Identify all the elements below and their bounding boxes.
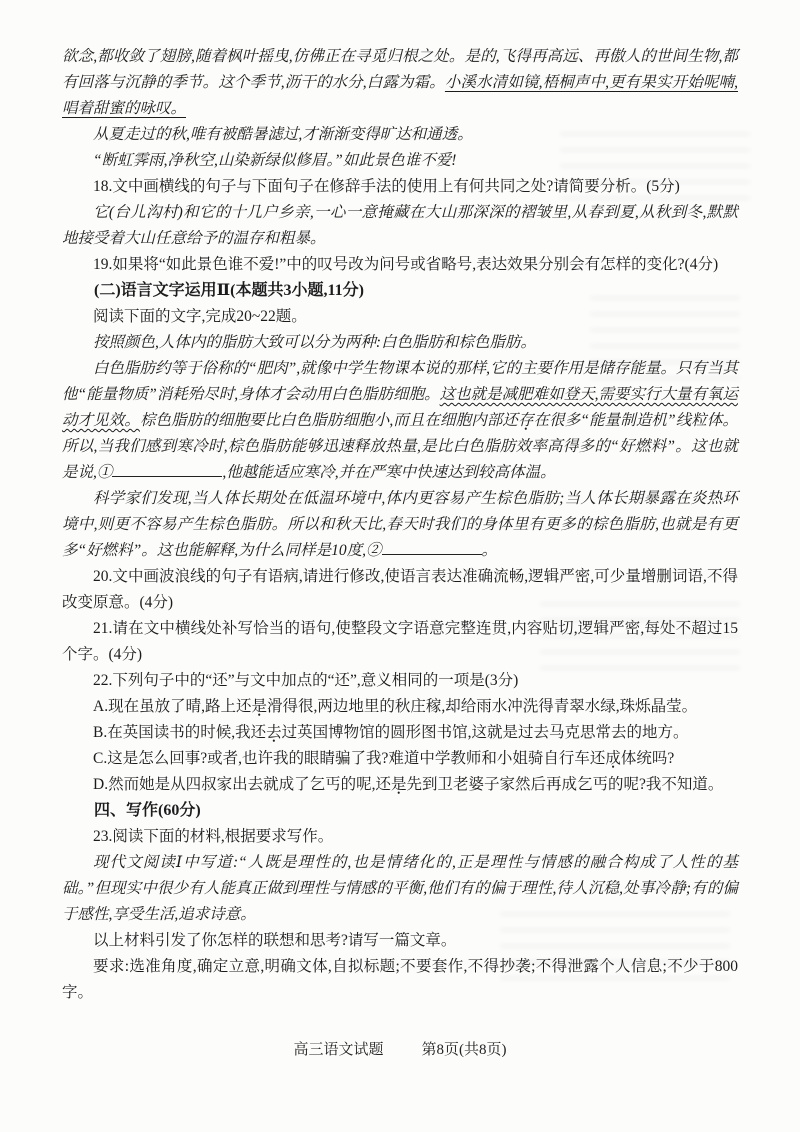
text-run: D.然而她是从四叔家出去就成了乞丐的呢, <box>93 776 375 793</box>
text-run: 是滑得很,两边地里的秋庄稼,却给雨水冲洗得青翠水绿,珠烁晶莹。 <box>251 698 697 715</box>
question-22: 22.下列句子中的“还”与文中加点的“还”,意义相同的一项是(3分) <box>62 668 738 694</box>
essay-requirements: 要求:选准角度,确定立意,明确文体,自拟标题;不要套作,不得抄袭;不得泄露个人信… <box>62 954 738 1006</box>
footer-page-number: 第8页(共8页) <box>422 1038 507 1059</box>
section-4-heading: 四、写作(60分) <box>62 798 738 824</box>
question-18-example-sentence: 它(台儿沟村)和它的十几户乡亲,一心一意掩藏在大山那深深的褶皱里,从春到夏,从秋… <box>62 200 738 252</box>
question-23: 23.阅读下面的材料,根据要求写作。 <box>62 824 738 850</box>
text-run: 23.阅读下面的材料,根据要求写作。 <box>93 828 333 845</box>
emphasis-dot-char: 还 <box>236 698 252 715</box>
text-run: 18.文中画横线的句子与下面句子在修辞手法的使用上有何共同之处?请简要分析。(5… <box>93 178 680 195</box>
footer-doc-title: 高三语文试题 <box>293 1038 383 1059</box>
passage-line-autumn: 从夏走过的秋,唯有被酷暑滤过,才渐渐变得旷达和通透。 <box>62 122 738 148</box>
text-run: 是先到卫老婆子家然后再成乞丐的呢?我不知道。 <box>391 776 723 793</box>
option-c: C.这是怎么回事?或者,也许我的眼睛骗了我?难道中学教师和小姐骑自行车还成体统吗… <box>62 746 738 772</box>
emphasis-dot-char: 还 <box>590 750 606 767</box>
text-run: 19.如果将“如此景色谁不爱!”中的叹号改为问号或省略号,表达效果分别会有怎样的… <box>93 256 718 273</box>
page-footer: 高三语文试题 第8页(共8页) <box>0 1038 800 1059</box>
text-run: 22.下列句子中的“还”与文中加点的“还”,意义相同的一项是(3分) <box>93 672 518 689</box>
text-run: 20.文中画波浪线的句子有语病,请进行修改,使语言表达准确流畅,逻辑严密,可少量… <box>62 568 738 611</box>
text-run: 四、写作(60分) <box>94 802 201 819</box>
passage-quote-line: “断虹霁雨,净秋空,山染新绿似修眉。”如此景色谁不爱! <box>62 148 738 174</box>
question-20: 20.文中画波浪线的句子有语病,请进行修改,使语言表达准确流畅,逻辑严密,可少量… <box>62 564 738 616</box>
question-21: 21.请在文中横线处补写恰当的语句,使整段文字语意完整连贯,内容贴切,逻辑严密,… <box>62 616 738 668</box>
essay-material: 现代文阅读Ⅰ中写道:“人既是理性的,也是情绪化的,正是理性与情感的融合构成了人性… <box>62 850 738 928</box>
question-19: 19.如果将“如此景色谁不爱!”中的叹号改为问号或省略号,表达效果分别会有怎样的… <box>62 252 738 278</box>
text-run: A.现在虽放了晴,路上 <box>93 698 236 715</box>
text-run: C.这是怎么回事?或者,也许我的眼睛骗了我?难道中学教师和小姐骑自行车 <box>93 750 590 767</box>
text-run: 按照颜色,人体内的脂肪大致可以分为两种:白色脂肪和棕色脂肪。 <box>93 334 536 351</box>
emphasis-dot-char: 还 <box>251 724 267 741</box>
text-run: 以上材料引发了你怎样的联想和思考?请写一篇文章。 <box>93 932 456 949</box>
passage-continuation: 欲念,都收敛了翅膀,随着枫叶摇曳,仿佛正在寻觅归根之处。是的,飞得再高远、再傲人… <box>62 44 738 122</box>
passage-2-para-2: 白色脂肪约等于俗称的“肥肉”,就像中学生物课本说的那样,它的主要作用是储存能量。… <box>62 356 738 486</box>
passage-2-intro: 阅读下面的文字,完成20~22题。 <box>62 304 738 330</box>
essay-prompt: 以上材料引发了你怎样的联想和思考?请写一篇文章。 <box>62 928 738 954</box>
text-run: 。 <box>482 542 498 559</box>
text-run: 它(台儿沟村)和它的十几户乡亲,一心一意掩藏在大山那深深的褶皱里,从春到夏,从秋… <box>62 204 738 247</box>
text-run: 要求:选准角度,确定立意,明确文体,自拟标题;不要套作,不得抄袭;不得泄露个人信… <box>62 958 738 1001</box>
text-run: 现代文阅读Ⅰ中写道:“人既是理性的,也是情绪化的,正是理性与情感的融合构成了人性… <box>62 854 738 923</box>
document-body: 欲念,都收敛了翅膀,随着枫叶摇曳,仿佛正在寻觅归根之处。是的,飞得再高远、再傲人… <box>62 44 738 1006</box>
emphasis-dot-char: 还 <box>375 776 391 793</box>
section-2-heading: (二)语言文字运用Ⅱ(本题共3小题,11分) <box>62 278 738 304</box>
text-run: 去过英国博物馆的圆形图书馆,这就是过去马克思常去的地方。 <box>266 724 688 741</box>
text-run: 阅读下面的文字,完成20~22题。 <box>93 308 307 325</box>
text-run: 21.请在文中横线处补写恰当的语句,使整段文字语意完整连贯,内容贴切,逻辑严密,… <box>62 620 738 663</box>
text-run: ,他越能适应寒冷,并在严寒中快速达到较高体温。 <box>222 464 555 481</box>
option-d: D.然而她是从四叔家出去就成了乞丐的呢,还是先到卫老婆子家然后再成乞丐的呢?我不… <box>62 772 738 798</box>
text-run: 棕色脂肪的细胞要比白色脂肪细胞小,而且在细胞内部 <box>140 412 502 429</box>
passage-2-para-1: 按照颜色,人体内的脂肪大致可以分为两种:白色脂肪和棕色脂肪。 <box>62 330 738 356</box>
question-18: 18.文中画横线的句子与下面句子在修辞手法的使用上有何共同之处?请简要分析。(5… <box>62 174 738 200</box>
answer-blank <box>112 463 222 477</box>
passage-2-para-3: 科学家们发现,当人体长期处在低温环境中,体内更容易产生棕色脂肪;当人体长期暴露在… <box>62 486 738 564</box>
option-b: B.在英国读书的时候,我还去过英国博物馆的圆形图书馆,这就是过去马克思常去的地方… <box>62 720 738 746</box>
text-run: B.在英国读书的时候,我 <box>93 724 251 741</box>
text-run: (二)语言文字运用Ⅱ(本题共3小题,11分) <box>94 282 364 299</box>
option-a: A.现在虽放了晴,路上还是滑得很,两边地里的秋庄稼,却给雨水冲洗得青翠水绿,珠烁… <box>62 694 738 720</box>
exam-paper-page: 欲念,都收敛了翅膀,随着枫叶摇曳,仿佛正在寻觅归根之处。是的,飞得再高远、再傲人… <box>0 0 800 1132</box>
text-run: 成体统吗? <box>605 750 674 767</box>
text-run: “断虹霁雨,净秋空,山染新绿似修眉。”如此景色谁不爱! <box>93 152 456 169</box>
emphasis-dot-char: 还 <box>502 412 518 429</box>
text-run: 从夏走过的秋,唯有被酷暑滤过,才渐渐变得旷达和通透。 <box>93 126 473 143</box>
answer-blank <box>382 541 482 555</box>
